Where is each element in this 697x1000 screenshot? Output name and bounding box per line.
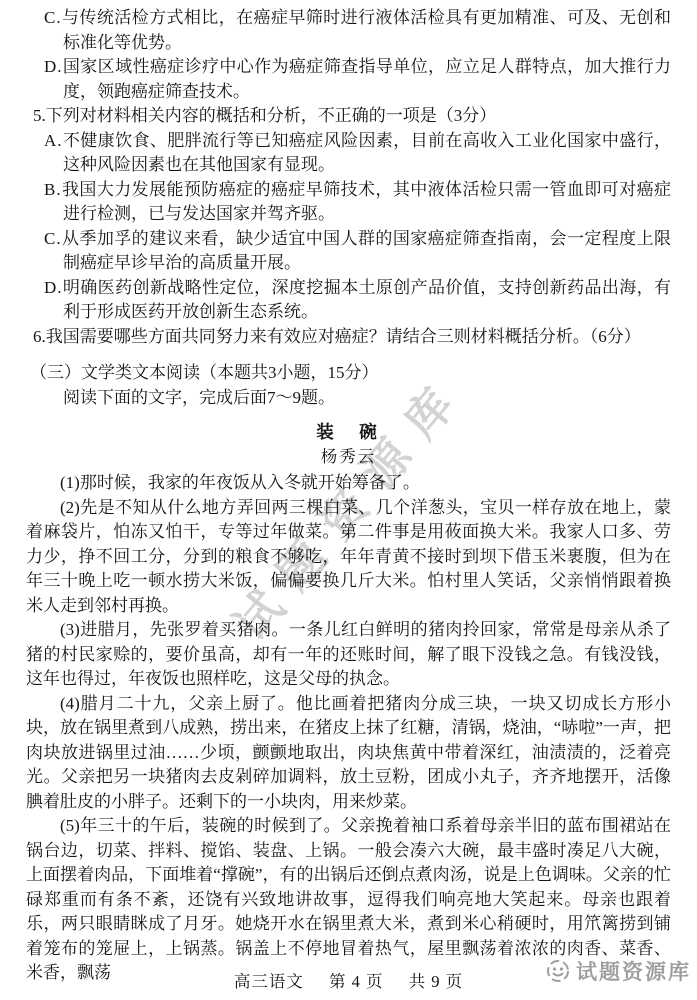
essay-paragraph: (2)先是不知从什么地方弄回两三棵白菜、几个洋葱头，宝贝一样存放在地上，蒙着麻袋… [26, 496, 671, 619]
wechat-smiley-icon [545, 958, 571, 984]
option-row: A.不健康饮食、肥胖流行等已知癌症风险因素，目前在高收入工业化国家中盛行，这种风… [26, 129, 671, 178]
option-label: C. [44, 8, 62, 27]
option-label: D. [44, 278, 63, 297]
option-text: 国家区域性癌症诊疗中心作为癌症筛查指导单位，应立足人群特点，加大推行力度，领跑癌… [63, 57, 671, 101]
source-watermark: 试题资源库 [545, 956, 691, 986]
exam-page: 试题资源库 C.与传统活检方式相比，在癌症早筛时进行液体活检具有更加精准、可及、… [0, 0, 697, 1000]
source-watermark-text: 试题资源库 [576, 956, 691, 986]
section-heading: （三）文学类文本阅读（本题共3小题，15分） [26, 361, 671, 386]
option-text: 不健康饮食、肥胖流行等已知癌症风险因素，目前在高收入工业化国家中盛行，这种风险因… [63, 131, 671, 175]
option-text: 与传统活检方式相比，在癌症早筛时进行液体活检具有更加精准、可及、无创和标准化等优… [62, 8, 671, 52]
option-text: 我国大力发展能预防癌症的癌症早筛技术，其中液体活检只需一管血即可对癌症进行检测，… [62, 180, 671, 224]
footer-subject: 高三语文 [234, 972, 304, 991]
option-row: D.明确医药创新战略性定位，深度挖掘本土原创产品价值，支持创新药品出海，有利于形… [26, 276, 671, 325]
footer-page-total: 共 9 页 [409, 972, 464, 991]
essay-paragraph: (1)那时候，我家的年夜饭从入冬就开始筹备了。 [26, 471, 671, 496]
option-text: 明确医药创新战略性定位，深度挖掘本土原创产品价值，支持创新药品出海，有利于形成医… [63, 278, 671, 322]
option-label: B. [44, 180, 62, 199]
option-row: C.与传统活检方式相比，在癌症早筛时进行液体活检具有更加精准、可及、无创和标准化… [26, 6, 671, 55]
essay-author: 杨秀云 [26, 445, 671, 470]
option-row: B.我国大力发展能预防癌症的癌症早筛技术，其中液体活检只需一管血即可对癌症进行检… [26, 178, 671, 227]
document-body: C.与传统活检方式相比，在癌症早筛时进行液体活检具有更加精准、可及、无创和标准化… [0, 0, 697, 986]
footer-page-current: 第 4 页 [329, 972, 384, 991]
question-5-stem: 5.下列对材料相关内容的概括和分析，不正确的一项是（3分） [26, 104, 671, 129]
reading-instruction: 阅读下面的文字，完成后面7～9题。 [26, 386, 671, 411]
essay-title: 装 碗 [26, 420, 671, 445]
option-text: 从季加孚的建议来看，缺少适宜中国人群的国家癌症筛查指南，会一定程度上限制癌症早诊… [62, 229, 671, 273]
essay-paragraph: (3)进腊月，先张罗着买猪肉。一条儿红白鲜明的猪肉拎回家，常常是母亲从杀了猪的村… [26, 618, 671, 692]
option-label: C. [44, 229, 62, 248]
essay-paragraph: (4)腊月二十九，父亲上厨了。他比画着把猪肉分成三块，一块又切成长方形小块，放在… [26, 692, 671, 815]
option-row: D.国家区域性癌症诊疗中心作为癌症筛查指导单位，应立足人群特点，加大推行力度，领… [26, 55, 671, 104]
option-label: D. [44, 57, 63, 76]
question-6-stem: 6.我国需要哪些方面共同努力来有效应对癌症？请结合三则材料概括分析。（6分） [26, 325, 671, 350]
option-label: A. [44, 131, 63, 150]
option-row: C.从季加孚的建议来看，缺少适宜中国人群的国家癌症筛查指南，会一定程度上限制癌症… [26, 227, 671, 276]
